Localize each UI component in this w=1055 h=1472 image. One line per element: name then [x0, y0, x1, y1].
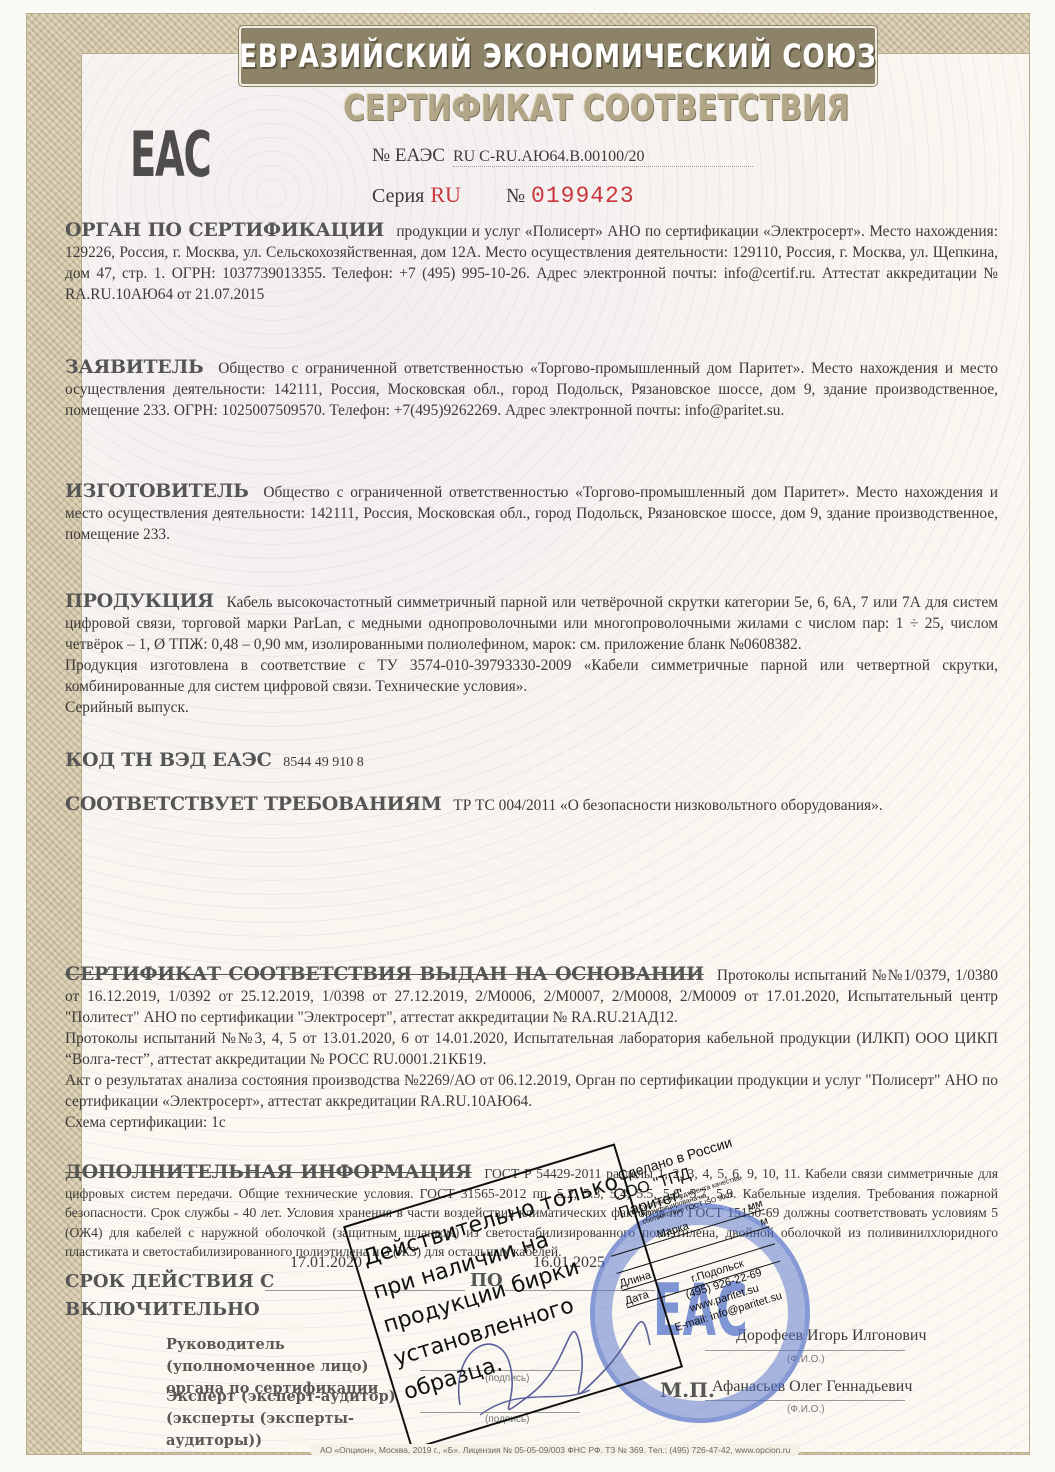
validity-from-label: СРОК ДЕЙСТВИЯ С: [65, 1268, 274, 1296]
basis-section: СЕРТИФИКАТ СООТВЕТСТВИЯ ВЫДАН НА ОСНОВАН…: [65, 964, 998, 1133]
tag-unit-mm: мм: [746, 1197, 764, 1213]
validity-inclusive-label: ВКЛЮЧИТЕЛЬНО: [65, 1296, 274, 1324]
organ-heading: ОРГАН ПО СЕРТИФИКАЦИИ: [65, 219, 384, 241]
applicant-section: ЗАЯВИТЕЛЬ Общество с ограниченной ответс…: [65, 357, 998, 421]
conforms-value: ТР ТС 004/2011 «О безопасности низковоль…: [453, 797, 882, 814]
union-banner: ЕВРАЗИЙСКИЙ ЭКОНОМИЧЕСКИЙ СОЮЗ: [239, 26, 877, 86]
product-section: ПРОДУКЦИЯ Кабель высокочастотный симметр…: [65, 591, 998, 718]
manufacturer-heading: ИЗГОТОВИТЕЛЬ: [65, 480, 249, 502]
product-heading: ПРОДУКЦИЯ: [65, 590, 214, 612]
code-heading: КОД ТН ВЭД ЕАЭС: [65, 749, 271, 771]
product-serial: Серийный выпуск.: [65, 697, 998, 718]
applicant-heading: ЗАЯВИТЕЛЬ: [65, 356, 203, 378]
code-value: 8544 49 910 8: [283, 755, 364, 770]
basis-text-2: Протоколы испытаний №№3, 4, 5 от 13.01.2…: [65, 1028, 998, 1070]
tag-length-label: Длина: [618, 1269, 652, 1290]
validity-from-date: 17.01.2020: [290, 1254, 362, 1272]
number-label: №: [506, 185, 525, 207]
certificate-title: СЕРТИФИКАТ СООТВЕТСТВИЯ: [343, 88, 737, 129]
validity-labels: СРОК ДЕЙСТВИЯ С ВКЛЮЧИТЕЛЬНО: [65, 1268, 274, 1324]
applicant-text: Общество с ограниченной ответственностью…: [65, 360, 998, 419]
series-label: Серия: [372, 185, 424, 207]
blank-number: 0199423: [531, 183, 635, 209]
reg-value: RU C-RU.АЮ64.В.00100/20: [453, 148, 753, 167]
tag-mark-label: Марка: [655, 1220, 690, 1241]
printer-footer: АО «Опцион», Москва, 2019 г., «Б». Лицен…: [310, 1444, 800, 1456]
expert-fio-caption: (Ф.И.О.): [787, 1404, 825, 1415]
conforms-section: СООТВЕТСТВУЕТ ТРЕБОВАНИЯМ ТР ТС 004/2011…: [65, 794, 998, 816]
product-standard: Продукция изготовлена в соответствие с Т…: [65, 655, 998, 697]
union-title: ЕВРАЗИЙСКИЙ ЭКОНОМИЧЕСКИЙ СОЮЗ: [239, 37, 877, 75]
basis-scheme: Схема сертификации: 1с: [65, 1112, 998, 1133]
conforms-heading: СООТВЕТСТВУЕТ ТРЕБОВАНИЯМ: [65, 793, 441, 815]
expert-label: Эксперт (эксперт-аудитор) (эксперты (экс…: [166, 1386, 416, 1452]
eac-logo-icon: ЕАС: [130, 118, 211, 191]
basis-text-3: Акт о результатах анализа состояния прои…: [65, 1070, 998, 1112]
tag-date-label: Дата: [623, 1289, 650, 1308]
manufacturer-section: ИЗГОТОВИТЕЛЬ Общество с ограниченной отв…: [65, 481, 998, 545]
code-section: КОД ТН ВЭД ЕАЭС 8544 49 910 8: [65, 750, 998, 773]
basis-heading: СЕРТИФИКАТ СООТВЕТСТВИЯ ВЫДАН НА ОСНОВАН…: [65, 963, 704, 985]
reg-label: № ЕАЭС: [372, 145, 445, 166]
series-value: RU: [430, 182, 461, 207]
additional-heading: ДОПОЛНИТЕЛЬНАЯ ИНФОРМАЦИЯ: [65, 1161, 472, 1183]
registration-number: № ЕАЭСRU C-RU.АЮ64.В.00100/20: [372, 145, 753, 167]
organ-section: ОРГАН ПО СЕРТИФИКАЦИИ продукции и услуг …: [65, 220, 998, 305]
series-line: СерияRU №0199423: [372, 182, 635, 209]
